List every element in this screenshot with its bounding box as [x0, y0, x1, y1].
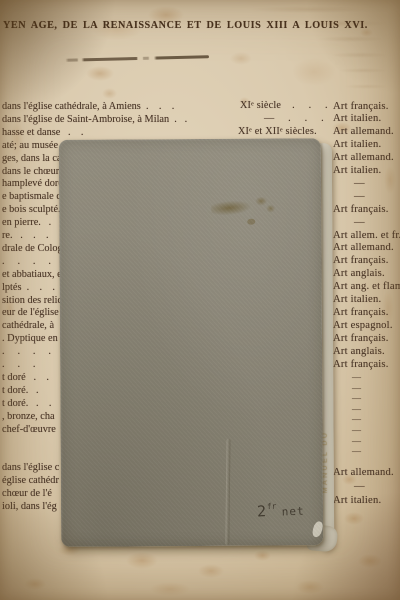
- decorative-rule: [64, 55, 209, 61]
- catalog-left-line: eur de l'église: [2, 307, 59, 318]
- ditto-dash: —: [352, 414, 361, 425]
- catalog-left-line: ioli, dans l'ég: [2, 501, 57, 512]
- catalog-left-line: chœur de l'é: [2, 488, 52, 499]
- catalog-left-line: t doré. .: [2, 385, 39, 396]
- catalog-left-line: dans l'église c: [2, 462, 59, 473]
- cover-crease: [225, 439, 230, 545]
- catalog-left-line: drale de Cologn: [2, 243, 64, 254]
- book: MANUEL DU 2frnet: [59, 138, 343, 549]
- price-amount: 2: [257, 502, 268, 520]
- ditto-dash: —: [352, 372, 361, 383]
- ditto-dash: —: [352, 404, 361, 415]
- cover-stain: [247, 219, 255, 225]
- catalog-left-line: , bronze, cha: [2, 411, 55, 422]
- catalog-art-label: Art ang. et flam.: [333, 281, 400, 292]
- catalog-art-label: Art allemand.: [333, 152, 394, 163]
- catalog-left-line: église cathédr: [2, 475, 59, 486]
- catalog-left-line: re. . . .: [2, 230, 49, 241]
- catalog-left-line: dans l'église cathédrale, à Amiens . . .: [2, 101, 174, 112]
- ditto-dash: —: [352, 425, 361, 436]
- spine-title-text: MANUEL DU: [321, 375, 333, 493]
- catalog-left-line: lptés . . .: [2, 282, 55, 293]
- book-cover: 2frnet: [59, 138, 323, 547]
- catalog-left-line: até; au musée d: [2, 140, 64, 151]
- price-unit: fr: [267, 502, 277, 511]
- catalog-left-line: t doré. . .: [2, 398, 51, 409]
- cover-stain: [253, 195, 277, 215]
- price-suffix: net: [282, 505, 305, 519]
- catalog-art-label: Art français.: [333, 204, 389, 215]
- running-header: YEN AGE, DE LA RENAISSANCE ET DE LOUIS X…: [3, 20, 368, 31]
- catalog-left-line: hamplevé doré,: [2, 178, 64, 189]
- catalog-art-label: —: [354, 191, 365, 202]
- century-label: XIᵉ et XIIᵉ siècles.: [238, 126, 317, 137]
- catalog-left-line: . . . .: [2, 346, 51, 357]
- ditto-dash: —: [352, 383, 361, 394]
- catalog-art-label: —: [354, 217, 365, 228]
- catalog-left-line: . . .: [2, 359, 35, 370]
- century-label: XIᵉ siècle . . .: [240, 100, 328, 111]
- ditto-dash: —: [352, 446, 361, 457]
- price-stamp: 2frnet: [257, 500, 305, 521]
- catalog-left-line: . Dyptique en: [2, 333, 58, 344]
- photo-book-on-catalog-page: YEN AGE, DE LA RENAISSANCE ET DE LOUIS X…: [0, 0, 400, 600]
- catalog-art-label: Art italien.: [333, 113, 381, 124]
- catalog-art-label: Art espagnol.: [333, 320, 393, 331]
- catalog-left-line: dans l'église de Saint-Ambroise, à Milan…: [2, 114, 187, 125]
- catalog-art-label: Art allemand.: [333, 126, 394, 137]
- catalog-left-line: sition des reliq: [2, 295, 63, 306]
- catalog-art-label: —: [354, 178, 365, 189]
- catalog-left-line: et abbatiaux, e: [2, 269, 62, 280]
- corner-nick: [311, 520, 324, 538]
- catalog-left-line: e baptismale da: [2, 191, 64, 202]
- catalog-art-label: —: [354, 481, 365, 492]
- catalog-left-line: . . . .: [2, 256, 51, 267]
- ditto-dash: —: [352, 393, 361, 404]
- cover-stain: [211, 199, 252, 216]
- catalog-art-label: Art français.: [333, 101, 389, 112]
- catalog-left-line: chef-d'œuvre: [2, 424, 56, 435]
- catalog-left-line: dans le chœur: [2, 166, 59, 177]
- ditto-dash: —: [352, 436, 361, 447]
- catalog-left-line: e bois sculpté.: [2, 204, 61, 215]
- catalog-left-line: en pierre. .: [2, 217, 51, 228]
- catalog-art-label: Art allem. et fr.: [333, 230, 400, 241]
- catalog-left-line: hasse et danse . .: [2, 127, 84, 138]
- catalog-left-line: ges, dans la cat: [2, 153, 64, 164]
- catalog-left-line: t doré . .: [2, 372, 49, 383]
- catalog-art-label: Art allemand.: [333, 242, 394, 253]
- catalog-left-line: cathédrale, à: [2, 320, 54, 331]
- century-label: — . . .: [264, 113, 324, 124]
